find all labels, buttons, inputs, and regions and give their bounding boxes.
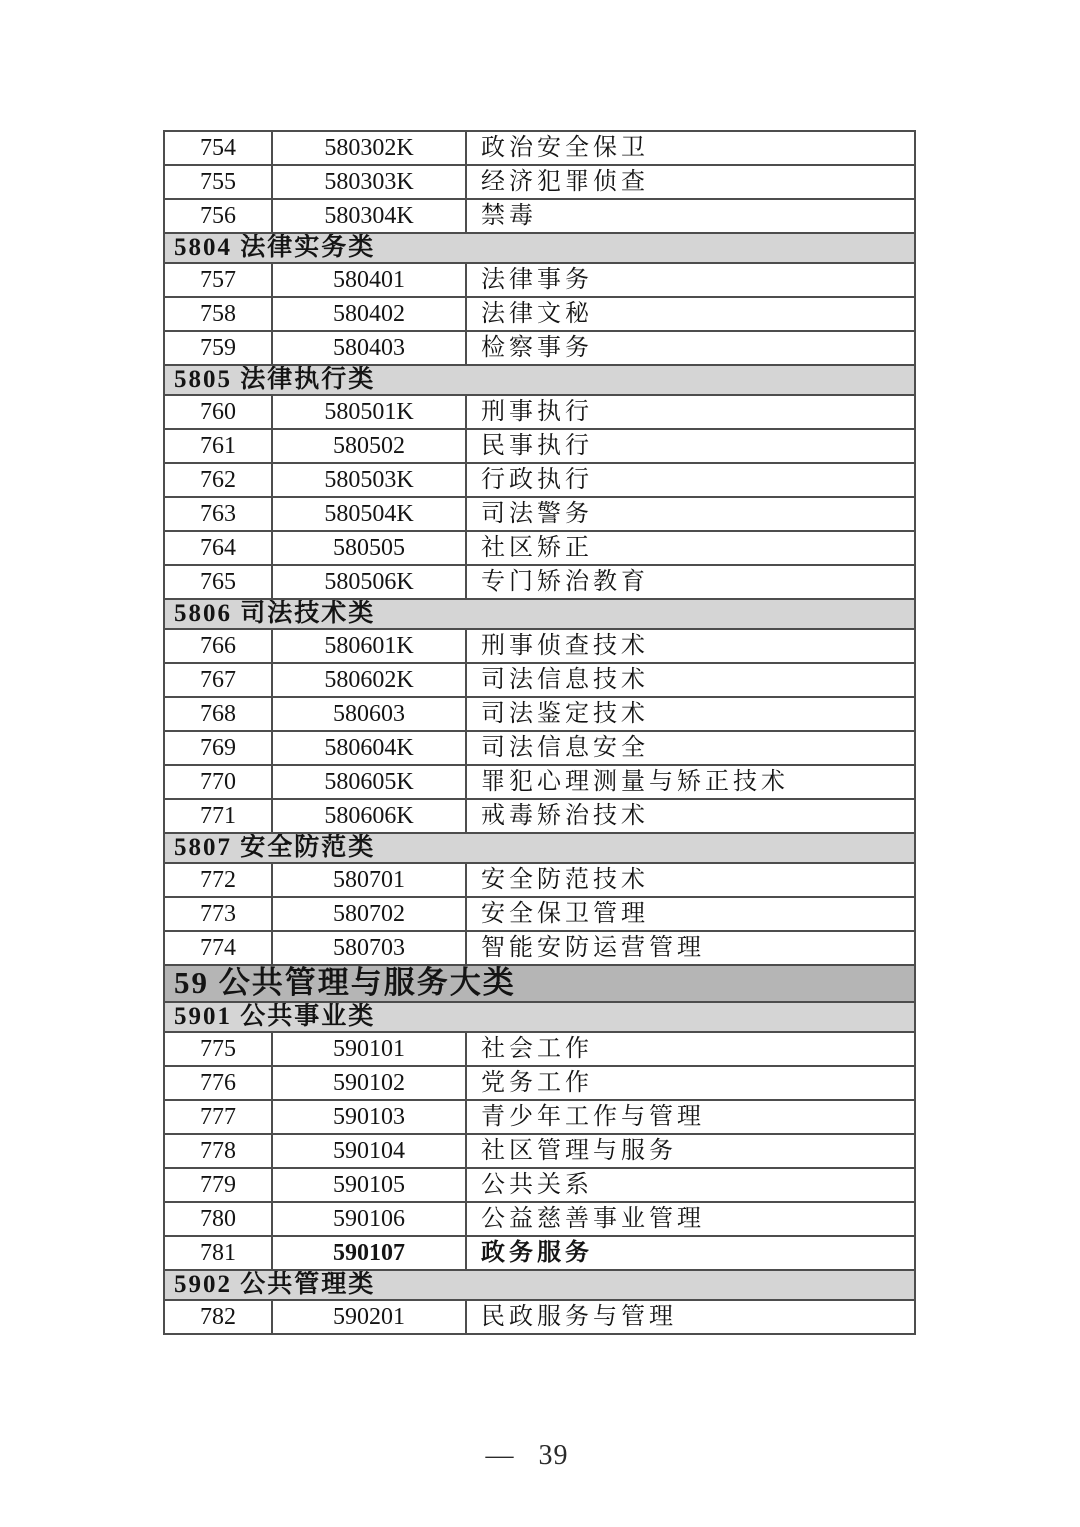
row-code-cell: 590106 [272,1202,466,1236]
majors-table: 754580302K政治安全保卫755580303K经济犯罪侦查75658030… [163,130,916,1335]
row-name-cell: 公益慈善事业管理 [466,1202,915,1236]
table-row: 777590103青少年工作与管理 [164,1100,915,1134]
row-number-cell: 781 [164,1236,272,1270]
row-code-cell: 590104 [272,1134,466,1168]
row-name-cell: 法律文秘 [466,297,915,331]
row-number-cell: 765 [164,565,272,599]
row-number-cell: 761 [164,429,272,463]
row-number-cell: 755 [164,165,272,199]
row-code-cell: 590103 [272,1100,466,1134]
page-number: — 39 [0,1440,1054,1472]
row-name-cell: 法律事务 [466,263,915,297]
subcategory-label: 5805 法律执行类 [164,365,915,395]
row-number-cell: 780 [164,1202,272,1236]
row-code-cell: 580606K [272,799,466,833]
table-row: 765580506K专门矫治教育 [164,565,915,599]
row-code-cell: 590201 [272,1300,466,1334]
row-name-cell: 戒毒矫治技术 [466,799,915,833]
subcategory-header-row: 5807 安全防范类 [164,833,915,863]
table-row: 776590102党务工作 [164,1066,915,1100]
row-name-cell: 禁毒 [466,199,915,233]
row-number-cell: 767 [164,663,272,697]
row-name-cell: 司法警务 [466,497,915,531]
table-row: 763580504K司法警务 [164,497,915,531]
row-number-cell: 756 [164,199,272,233]
row-name-cell: 社区管理与服务 [466,1134,915,1168]
subcategory-label: 5901 公共事业类 [164,1002,915,1032]
table-row: 782590201民政服务与管理 [164,1300,915,1334]
table-row: 774580703智能安防运营管理 [164,931,915,965]
row-name-cell: 罪犯心理测量与矫正技术 [466,765,915,799]
row-name-cell: 行政执行 [466,463,915,497]
row-code-cell: 580702 [272,897,466,931]
row-name-cell: 社区矫正 [466,531,915,565]
row-number-cell: 774 [164,931,272,965]
subcategory-header-row: 5805 法律执行类 [164,365,915,395]
table-row: 755580303K经济犯罪侦查 [164,165,915,199]
row-number-cell: 760 [164,395,272,429]
subcategory-label: 5902 公共管理类 [164,1270,915,1300]
row-number-cell: 768 [164,697,272,731]
row-code-cell: 580303K [272,165,466,199]
row-code-cell: 590105 [272,1168,466,1202]
table-row: 778590104社区管理与服务 [164,1134,915,1168]
row-number-cell: 776 [164,1066,272,1100]
table-row: 768580603司法鉴定技术 [164,697,915,731]
row-code-cell: 580602K [272,663,466,697]
row-number-cell: 759 [164,331,272,365]
row-code-cell: 580505 [272,531,466,565]
row-code-cell: 580402 [272,297,466,331]
row-name-cell: 刑事执行 [466,395,915,429]
subcategory-header-row: 5806 司法技术类 [164,599,915,629]
row-number-cell: 758 [164,297,272,331]
row-name-cell: 民事执行 [466,429,915,463]
table-row: 780590106公益慈善事业管理 [164,1202,915,1236]
row-code-cell: 580604K [272,731,466,765]
table-row: 764580505社区矫正 [164,531,915,565]
table-row: 770580605K罪犯心理测量与矫正技术 [164,765,915,799]
row-number-cell: 772 [164,863,272,897]
row-code-cell: 590101 [272,1032,466,1066]
row-number-cell: 779 [164,1168,272,1202]
table-row: 754580302K政治安全保卫 [164,131,915,165]
row-name-cell: 司法信息安全 [466,731,915,765]
row-name-cell: 检察事务 [466,331,915,365]
major-category-header-row: 59 公共管理与服务大类 [164,965,915,1002]
row-code-cell: 580603 [272,697,466,731]
subcategory-header-row: 5901 公共事业类 [164,1002,915,1032]
row-code-cell: 590102 [272,1066,466,1100]
row-name-cell: 司法鉴定技术 [466,697,915,731]
row-name-cell: 安全保卫管理 [466,897,915,931]
table-row: 767580602K司法信息技术 [164,663,915,697]
row-name-cell: 民政服务与管理 [466,1300,915,1334]
row-name-cell: 政治安全保卫 [466,131,915,165]
row-name-cell: 智能安防运营管理 [466,931,915,965]
table-row: 771580606K戒毒矫治技术 [164,799,915,833]
row-name-cell: 司法信息技术 [466,663,915,697]
table-row: 775590101社会工作 [164,1032,915,1066]
table-row: 766580601K刑事侦查技术 [164,629,915,663]
subcategory-label: 5804 法律实务类 [164,233,915,263]
table-row: 759580403检察事务 [164,331,915,365]
row-code-cell: 580302K [272,131,466,165]
row-number-cell: 754 [164,131,272,165]
row-number-cell: 773 [164,897,272,931]
majors-table-body: 754580302K政治安全保卫755580303K经济犯罪侦查75658030… [164,131,915,1334]
row-number-cell: 766 [164,629,272,663]
row-number-cell: 775 [164,1032,272,1066]
document-page: 754580302K政治安全保卫755580303K经济犯罪侦查75658030… [0,0,1080,1527]
row-number-cell: 763 [164,497,272,531]
table-row: 760580501K刑事执行 [164,395,915,429]
row-code-cell: 580504K [272,497,466,531]
table-row: 761580502民事执行 [164,429,915,463]
table-row: 756580304K禁毒 [164,199,915,233]
row-number-cell: 769 [164,731,272,765]
row-name-cell: 刑事侦查技术 [466,629,915,663]
row-code-cell: 580703 [272,931,466,965]
row-name-cell: 政务服务 [466,1236,915,1270]
subcategory-label: 5807 安全防范类 [164,833,915,863]
row-number-cell: 770 [164,765,272,799]
row-code-cell: 590107 [272,1236,466,1270]
row-number-cell: 757 [164,263,272,297]
row-code-cell: 580401 [272,263,466,297]
subcategory-label: 5806 司法技术类 [164,599,915,629]
row-code-cell: 580506K [272,565,466,599]
row-number-cell: 777 [164,1100,272,1134]
table-row: 758580402法律文秘 [164,297,915,331]
row-number-cell: 782 [164,1300,272,1334]
table-row: 779590105公共关系 [164,1168,915,1202]
row-number-cell: 778 [164,1134,272,1168]
row-code-cell: 580403 [272,331,466,365]
row-name-cell: 公共关系 [466,1168,915,1202]
row-code-cell: 580304K [272,199,466,233]
row-code-cell: 580503K [272,463,466,497]
row-name-cell: 社会工作 [466,1032,915,1066]
table-row: 781590107政务服务 [164,1236,915,1270]
row-number-cell: 764 [164,531,272,565]
row-code-cell: 580605K [272,765,466,799]
table-row: 762580503K行政执行 [164,463,915,497]
table-row: 757580401法律事务 [164,263,915,297]
row-code-cell: 580701 [272,863,466,897]
row-number-cell: 771 [164,799,272,833]
row-number-cell: 762 [164,463,272,497]
row-code-cell: 580502 [272,429,466,463]
table-row: 772580701安全防范技术 [164,863,915,897]
row-code-cell: 580601K [272,629,466,663]
row-name-cell: 党务工作 [466,1066,915,1100]
table-row: 769580604K司法信息安全 [164,731,915,765]
row-name-cell: 青少年工作与管理 [466,1100,915,1134]
row-name-cell: 专门矫治教育 [466,565,915,599]
row-code-cell: 580501K [272,395,466,429]
table-row: 773580702安全保卫管理 [164,897,915,931]
major-category-label: 59 公共管理与服务大类 [164,965,915,1002]
subcategory-header-row: 5902 公共管理类 [164,1270,915,1300]
row-name-cell: 安全防范技术 [466,863,915,897]
row-name-cell: 经济犯罪侦查 [466,165,915,199]
subcategory-header-row: 5804 法律实务类 [164,233,915,263]
